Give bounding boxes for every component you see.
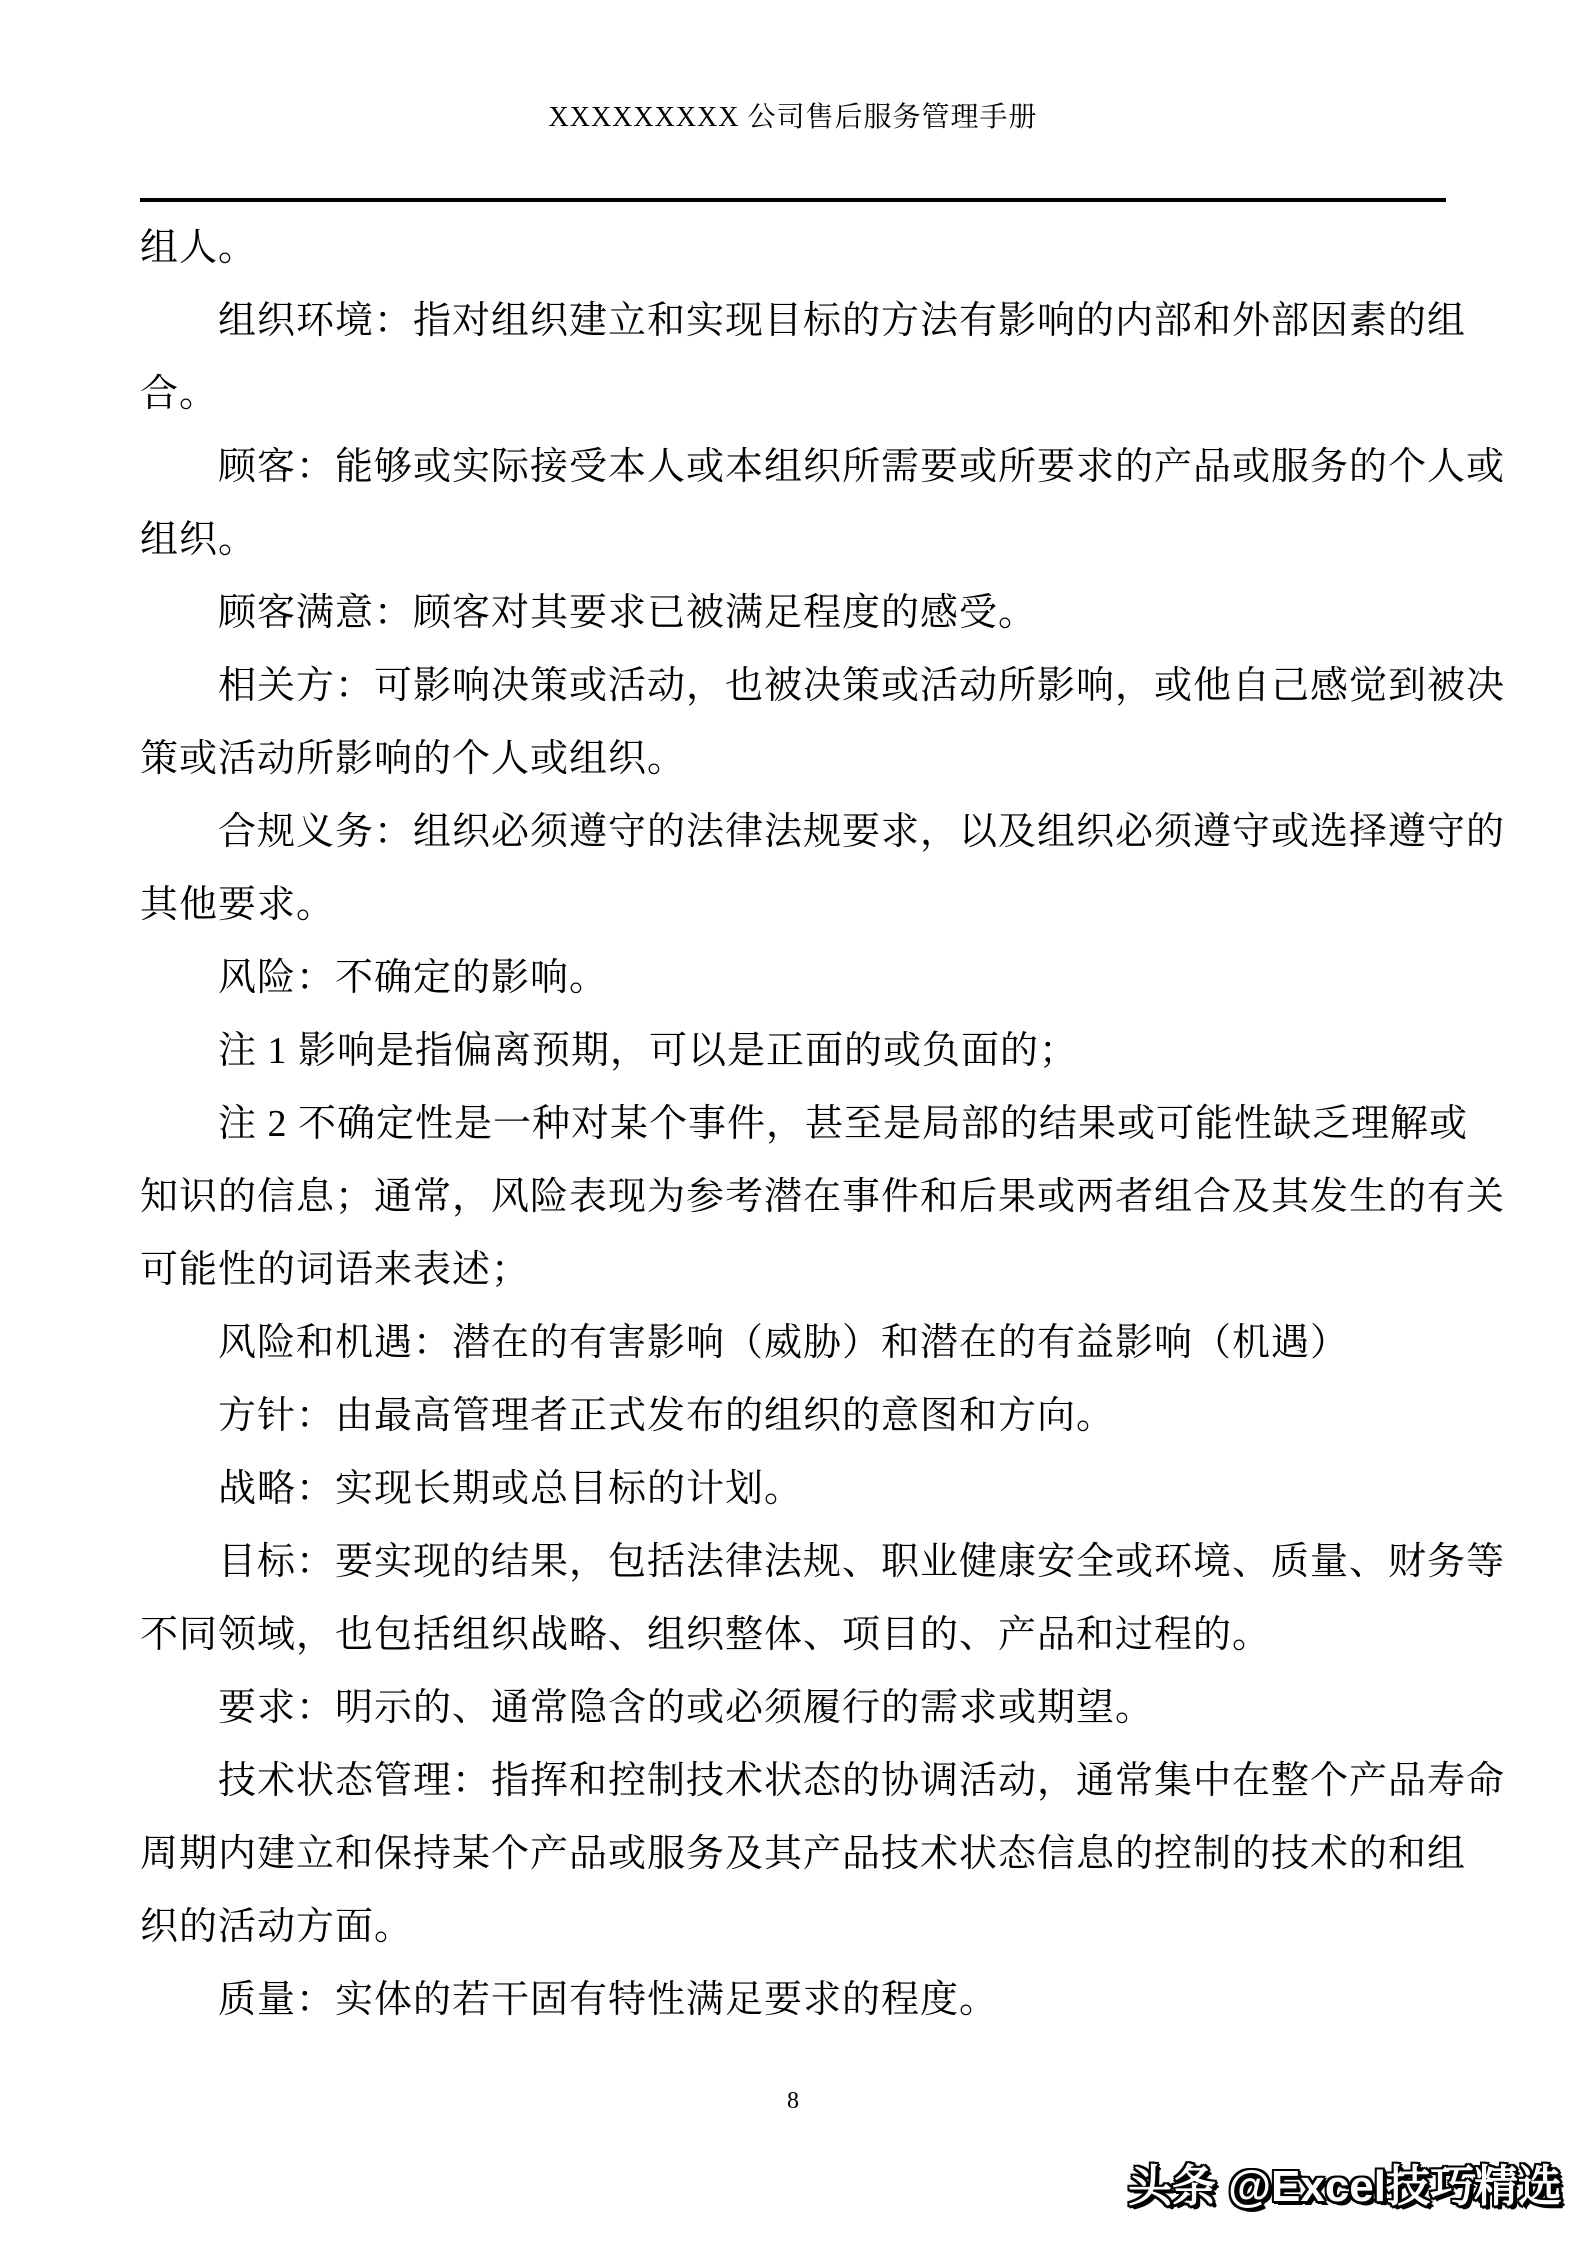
document-page: XXXXXXXXX 公司售后服务管理手册 组人。 组织环境：指对组织建立和实现目… xyxy=(0,0,1586,2242)
text-line: 顾客满意：顾客对其要求已被满足程度的感受。 xyxy=(140,577,1446,650)
text-line: 知识的信息；通常，风险表现为参考潜在事件和后果或两者组合及其发生的有关 xyxy=(140,1161,1446,1234)
text-line: 可能性的词语来表述； xyxy=(140,1234,1446,1307)
text-line: 相关方：可影响决策或活动，也被决策或活动所影响，或他自己感觉到被决 xyxy=(140,650,1446,723)
watermark: 头条 @Excel技巧精选 xyxy=(1128,2162,1562,2212)
text-line: 目标：要实现的结果，包括法律法规、职业健康安全或环境、质量、财务等 xyxy=(140,1526,1446,1599)
text-line: 风险：不确定的影响。 xyxy=(140,942,1446,1015)
text-line: 合。 xyxy=(140,358,1446,431)
text-line: 注 1 影响是指偏离预期，可以是正面的或负面的； xyxy=(140,1015,1446,1088)
page-number: 8 xyxy=(0,2086,1586,2116)
text-line: 风险和机遇：潜在的有害影响（威胁）和潜在的有益影响（机遇） xyxy=(140,1307,1446,1380)
text-line: 组人。 xyxy=(140,212,1446,285)
text-line: 织的活动方面。 xyxy=(140,1891,1446,1964)
text-line: 战略：实现长期或总目标的计划。 xyxy=(140,1453,1446,1526)
header-title: XXXXXXXXX 公司售后服务管理手册 xyxy=(0,96,1586,140)
text-line: 质量：实体的若干固有特性满足要求的程度。 xyxy=(140,1964,1446,2037)
text-line: 组织。 xyxy=(140,504,1446,577)
text-line: 周期内建立和保持某个产品或服务及其产品技术状态信息的控制的技术的和组 xyxy=(140,1818,1446,1891)
text-line: 策或活动所影响的个人或组织。 xyxy=(140,723,1446,796)
text-line: 组织环境：指对组织建立和实现目标的方法有影响的内部和外部因素的组 xyxy=(140,285,1446,358)
text-line: 其他要求。 xyxy=(140,869,1446,942)
text-line: 顾客：能够或实际接受本人或本组织所需要或所要求的产品或服务的个人或 xyxy=(140,431,1446,504)
text-line: 要求：明示的、通常隐含的或必须履行的需求或期望。 xyxy=(140,1672,1446,1745)
text-line: 合规义务：组织必须遵守的法律法规要求，以及组织必须遵守或选择遵守的 xyxy=(140,796,1446,869)
text-line: 不同领域，也包括组织战略、组织整体、项目的、产品和过程的。 xyxy=(140,1599,1446,1672)
text-line: 技术状态管理：指挥和控制技术状态的协调活动，通常集中在整个产品寿命 xyxy=(140,1745,1446,1818)
text-line: 方针：由最高管理者正式发布的组织的意图和方向。 xyxy=(140,1380,1446,1453)
header-rule xyxy=(140,198,1446,202)
text-line: 注 2 不确定性是一种对某个事件，甚至是局部的结果或可能性缺乏理解或 xyxy=(140,1088,1446,1161)
document-body: 组人。 组织环境：指对组织建立和实现目标的方法有影响的内部和外部因素的组 合。 … xyxy=(140,212,1446,2037)
